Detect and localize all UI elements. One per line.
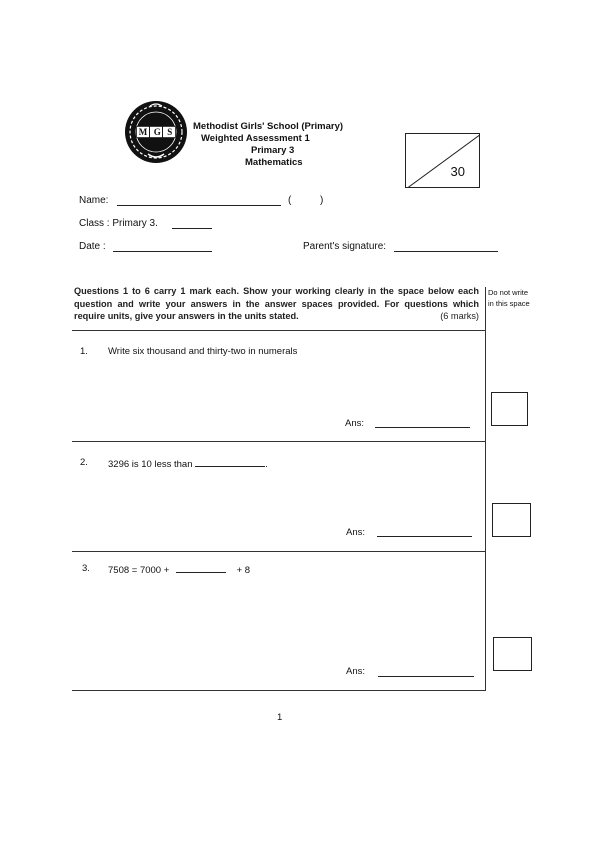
question-text-before: 7508 = 7000 +	[108, 565, 169, 576]
date-field[interactable]	[113, 251, 212, 252]
answer-label: Ans:	[346, 527, 365, 538]
date-label: Date :	[79, 241, 106, 252]
question-divider	[72, 441, 485, 442]
question-number: 1.	[80, 346, 88, 357]
mark-box	[491, 392, 528, 426]
index-paren-open: (	[288, 195, 291, 206]
question-text: Write six thousand and thirty-two in num…	[108, 346, 297, 357]
logo-letter: M	[139, 127, 149, 137]
question-text-before: 3296 is 10 less than	[108, 459, 193, 470]
logo-letter: S	[167, 127, 173, 137]
parent-signature-label: Parent's signature:	[303, 241, 386, 252]
index-number-field[interactable]	[292, 192, 318, 206]
question-number: 3.	[82, 563, 90, 574]
answer-field[interactable]	[375, 427, 470, 428]
question-text-after: + 8	[237, 565, 250, 576]
index-paren-close: )	[320, 195, 323, 206]
mark-box	[493, 637, 532, 671]
logo-text: MGS	[136, 127, 176, 137]
margin-divider	[485, 287, 486, 691]
answer-field[interactable]	[378, 676, 474, 677]
parent-signature-field[interactable]	[394, 251, 498, 252]
question-divider	[72, 551, 485, 552]
level-title: Primary 3	[251, 145, 294, 157]
name-field[interactable]	[117, 205, 281, 206]
name-label: Name:	[79, 195, 108, 206]
mark-box	[492, 503, 531, 537]
question-text: 7508 = 7000 + + 8	[108, 563, 250, 576]
question-number: 2.	[80, 457, 88, 468]
total-score-box: 30	[405, 133, 480, 188]
answer-label: Ans:	[345, 418, 364, 429]
total-marks: 30	[451, 164, 465, 179]
diagonal-divider	[406, 134, 480, 188]
inline-blank[interactable]	[195, 457, 265, 467]
class-field[interactable]	[172, 228, 212, 229]
section-divider	[72, 330, 485, 331]
question-text-after: .	[265, 459, 268, 470]
question-text: 3296 is 10 less than .	[108, 457, 268, 470]
subject-title: Mathematics	[245, 157, 303, 169]
question-divider	[72, 690, 485, 691]
answer-label: Ans:	[346, 666, 365, 677]
logo-letter: G	[154, 127, 162, 137]
class-label: Class : Primary 3.	[79, 218, 158, 229]
assessment-title: Weighted Assessment 1	[201, 133, 310, 145]
answer-field[interactable]	[377, 536, 472, 537]
school-crest-icon: MGS	[122, 98, 190, 166]
inline-blank[interactable]	[176, 563, 226, 573]
margin-note: Do not write in this space	[488, 287, 530, 309]
section-marks: (6 marks)	[440, 310, 479, 323]
margin-note-line1: Do not write	[488, 287, 530, 298]
page-number: 1	[277, 712, 282, 723]
instructions: Questions 1 to 6 carry 1 mark each. Show…	[74, 285, 479, 323]
instructions-text: Questions 1 to 6 carry 1 mark each. Show…	[74, 286, 479, 321]
school-name: Methodist Girls' School (Primary)	[193, 121, 343, 133]
margin-note-line2: in this space	[488, 298, 530, 309]
